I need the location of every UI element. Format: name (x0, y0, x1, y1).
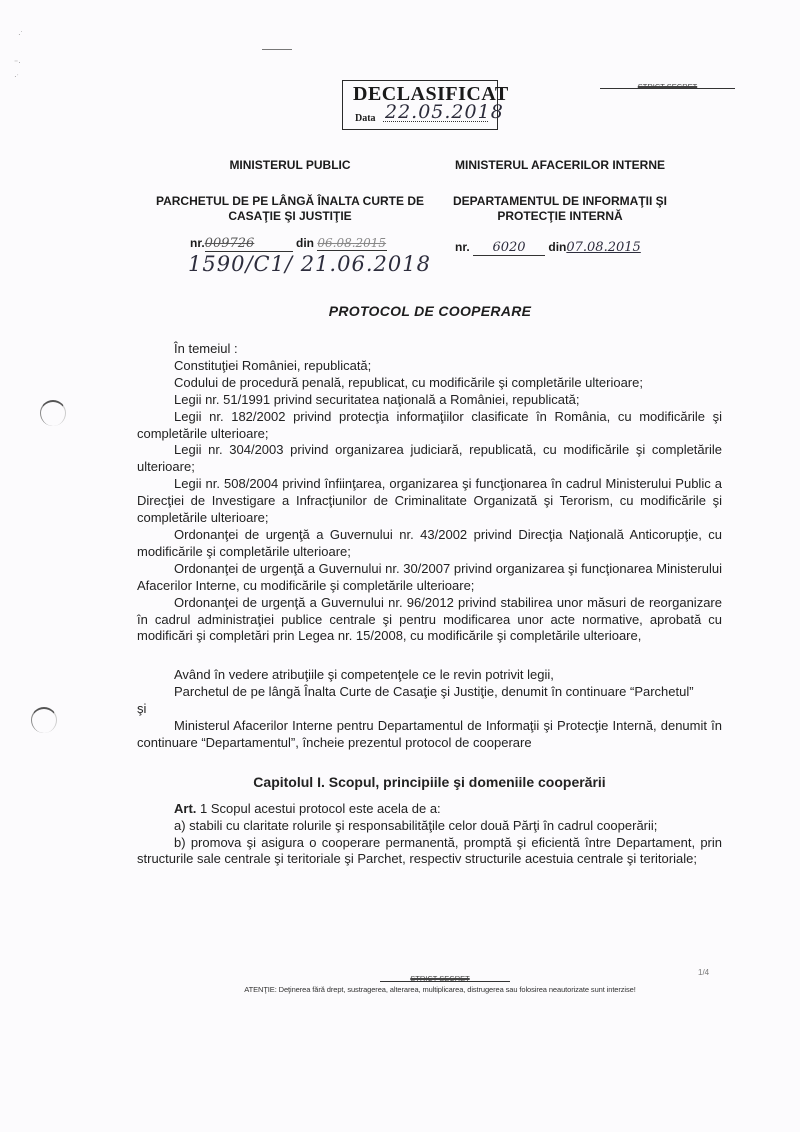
header-left-institution-line2: CASAŢIE ŞI JUSTIŢIE (150, 209, 430, 224)
stamp-date-label: Data (355, 113, 376, 124)
document-body: În temeiul : Constituţiei României, repu… (137, 341, 722, 868)
scan-artifact: ·ˑ (14, 72, 19, 81)
header-left-institution: PARCHETUL DE PE LÂNGĂ ÎNALTA CURTE DE CA… (150, 194, 430, 224)
din-value-struck: 06.08.2015 (317, 236, 386, 250)
nr-value-struck: 009726 (205, 236, 255, 251)
stamp-date-handwritten: 22.05.2018 (385, 101, 504, 123)
party-departament: Ministerul Afacerilor Interne pentru Dep… (137, 718, 722, 752)
legal-basis-item: Legii nr. 508/2004 privind înfiinţarea, … (137, 476, 722, 527)
legal-basis-list: Constituţiei României, republicată; Codu… (137, 358, 722, 645)
article-text: 1 Scopul acestui protocol este acela de … (196, 801, 440, 816)
parties-considering: Având în vedere atribuţiile şi competenţ… (137, 667, 722, 684)
legal-basis-item: Ordonanţei de urgenţă a Guvernului nr. 4… (137, 527, 722, 561)
article-label: Art. (174, 801, 196, 816)
article-item: a) stabili cu claritate rolurile şi resp… (137, 818, 722, 835)
legal-basis-item: Legii nr. 304/2003 privind organizarea j… (137, 442, 722, 476)
chapter-title: Capitolul I. Scopul, principiile şi dome… (137, 774, 722, 791)
legal-basis-item: Legii nr. 182/2002 privind protecţia inf… (137, 409, 722, 443)
nr-value-handwritten: 6020 (492, 240, 525, 255)
nr-label: nr. (190, 236, 205, 250)
header-left-ministry: MINISTERUL PUBLIC (150, 158, 430, 173)
parties-conjunction: şi (137, 701, 722, 718)
header-right-institution-line2: PROTECŢIE INTERNĂ (440, 209, 680, 224)
legal-basis-item: Legii nr. 51/1991 privind securitatea na… (137, 392, 722, 409)
din-label: din (548, 240, 566, 254)
page-number: 1/4 (698, 968, 709, 977)
header-left-registration: nr.009726 din 06.08.2015 (190, 236, 387, 252)
hole-punch-mark (31, 707, 57, 733)
din-value-handwritten: 07.08.2015 (566, 240, 640, 255)
scan-artifact: ·˙ (18, 30, 23, 39)
header-right-institution-line1: DEPARTAMENTUL DE INFORMAŢII ŞI (440, 194, 680, 209)
classification-mark-top: STRICT SECRET (600, 82, 735, 91)
nr-label: nr. (455, 240, 470, 254)
din-label: din (296, 236, 314, 250)
declassification-stamp: DECLASIFICAT Data 22.05.2018 (342, 80, 498, 130)
handwritten-new-registration: 1590/C1/ 21.06.2018 (188, 252, 431, 276)
header-left-institution-line1: PARCHETUL DE PE LÂNGĂ ÎNALTA CURTE DE (150, 194, 430, 209)
classification-strike-line (600, 88, 735, 89)
hole-punch-mark (40, 400, 66, 426)
preamble-intro: În temeiul : (174, 341, 722, 358)
scan-line-artifact (262, 49, 292, 50)
legal-basis-item: Codului de procedură penală, republicat,… (137, 375, 722, 392)
article-item: b) promova şi asigura o cooperare perman… (137, 835, 722, 869)
party-parchet: Parchetul de pe lângă Înalta Curte de Ca… (137, 684, 722, 701)
scan-artifact: ⁻· (14, 58, 21, 67)
document-title: PROTOCOL DE COOPERARE (0, 303, 800, 319)
header-right-ministry: MINISTERUL AFACERILOR INTERNE (440, 158, 680, 173)
legal-basis-item: Ordonanţei de urgenţă a Guvernului nr. 9… (137, 595, 722, 646)
legal-basis-item: Constituţiei României, republicată; (137, 358, 722, 375)
classification-strike-line (380, 981, 510, 982)
header-right-registration: nr. 6020 din07.08.2015 (455, 240, 641, 256)
article-1: Art. 1 Scopul acestui protocol este acel… (137, 801, 722, 818)
footer-warning: ATENŢIE: Deţinerea fără drept, sustrager… (150, 985, 730, 994)
legal-basis-item: Ordonanţei de urgenţă a Guvernului nr. 3… (137, 561, 722, 595)
header-right-institution: DEPARTAMENTUL DE INFORMAŢII ŞI PROTECŢIE… (440, 194, 680, 224)
